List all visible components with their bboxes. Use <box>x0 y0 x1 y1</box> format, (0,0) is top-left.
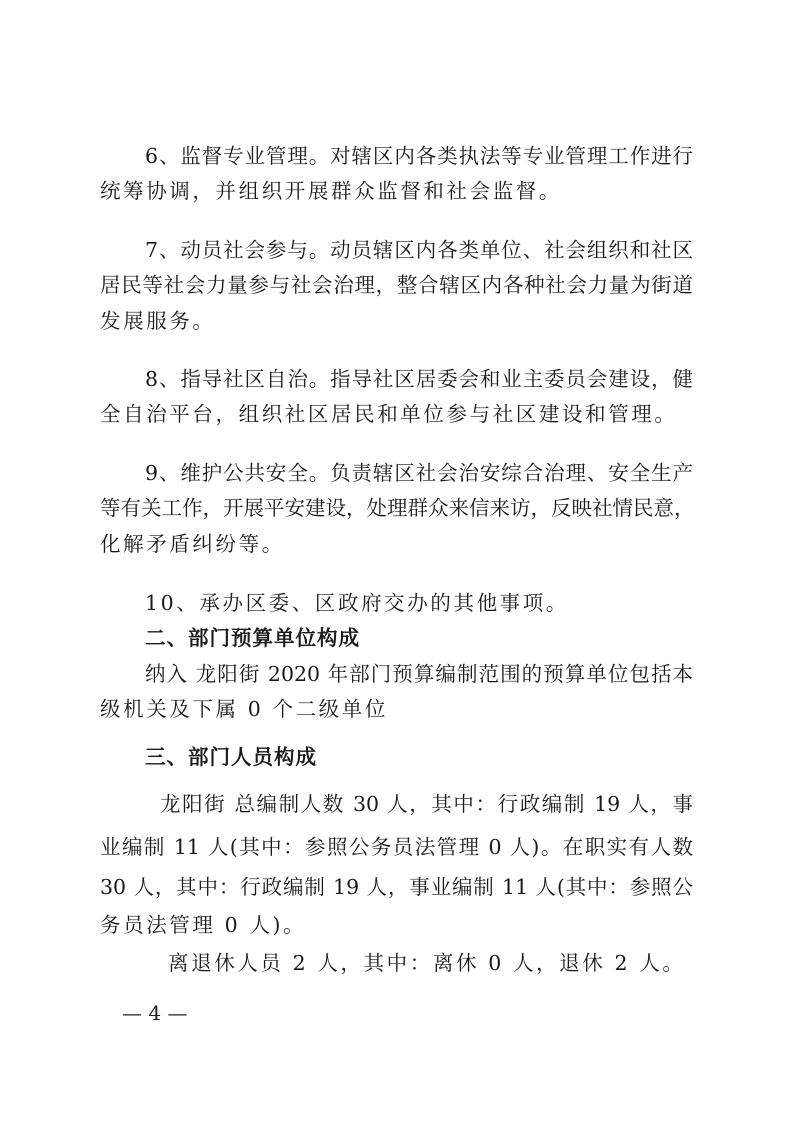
paragraph-item-7-line-2: 居民等社会力量参与社会治理，整合辖区内各种社会力量为街道 <box>100 272 693 298</box>
paragraph-item-9-line-3: 化解矛盾纠纷等。 <box>100 531 285 557</box>
paragraph-item-7-line-1: 7、动员社会参与。动员辖区内各类单位、社会组织和社区 <box>100 237 693 263</box>
section-3-line-2: 业编制 11 人(其中：参照公务员法管理 0 人)。在职实有人数 <box>100 834 693 860</box>
paragraph-item-6-line-2: 统筹协调，并组织开展群众监督和社会监督。 <box>100 178 562 204</box>
document-page: 6、监督专业管理。对辖区内各类执法等专业管理工作进行 统筹协调，并组织开展群众监… <box>0 0 793 1122</box>
retirees-line: 离退休人员 2 人，其中：离休 0 人，退休 2 人。 <box>168 950 685 976</box>
paragraph-item-9-line-1: 9、维护公共安全。负责辖区社会治安综合治理、安全生产 <box>100 460 693 486</box>
section-2-line-1: 纳入 龙阳街 2020 年部门预算编制范围的预算单位包括本 <box>100 661 693 687</box>
page-number: — 4 — <box>122 1000 187 1026</box>
paragraph-item-6-line-1: 6、监督专业管理。对辖区内各类执法等专业管理工作进行 <box>100 143 693 169</box>
paragraph-item-7-line-3: 发展服务。 <box>100 308 216 334</box>
section-3-line-4: 务员法管理 0 人)。 <box>100 912 306 938</box>
section-heading-staff-composition: 三、部门人员构成 <box>145 744 317 770</box>
section-2-line-2: 级机关及下属 0 个二级单位 <box>100 696 388 722</box>
paragraph-item-9-line-2: 等有关工作，开展平安建设，处理群众来信来访，反映社情民意， <box>100 495 693 521</box>
section-3-line-1: 龙阳街 总编制人数 30 人，其中：行政编制 19 人，事 <box>100 791 693 817</box>
paragraph-item-10: 10、承办区委、区政府交办的其他事项。 <box>145 590 569 616</box>
paragraph-item-8-line-2: 全自治平台，组织社区居民和单位参与社区建设和管理。 <box>100 401 678 427</box>
paragraph-item-8-line-1: 8、指导社区自治。指导社区居委会和业主委员会建设，健 <box>100 366 693 392</box>
section-3-line-3: 30 人，其中：行政编制 19 人，事业编制 11 人(其中：参照公 <box>100 874 693 900</box>
section-heading-budget-units: 二、部门预算单位构成 <box>145 625 360 651</box>
